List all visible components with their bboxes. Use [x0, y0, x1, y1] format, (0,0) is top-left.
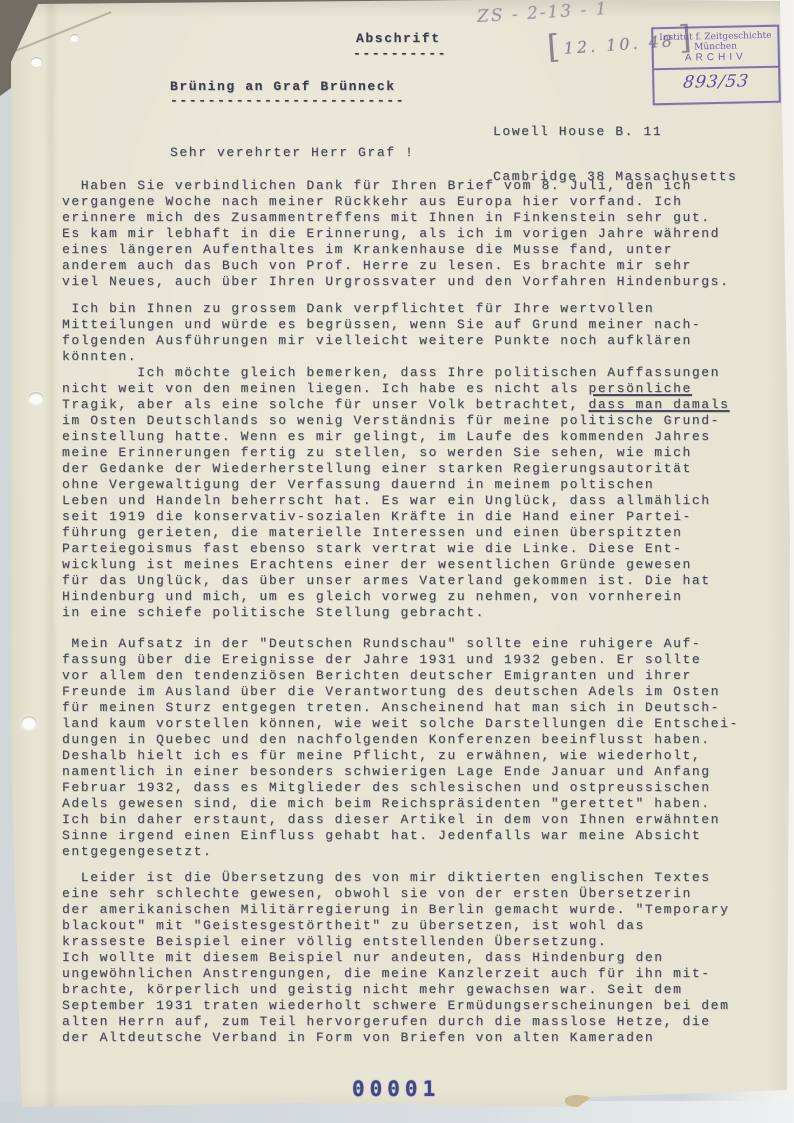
- text-line: Ich bin daher erstaunt, dass dieser Arti…: [62, 812, 772, 828]
- document-title-underline: -------------------------: [170, 93, 405, 108]
- text-line: Mitteilungen und würde es begrüssen, wen…: [62, 317, 772, 333]
- text-line: meine Erinnerungen fertig zu stellen, so…: [62, 445, 772, 461]
- underlined-text: dass man damals: [588, 397, 729, 412]
- text-line: für meinen Sturz entgegen treten. Ansche…: [62, 700, 772, 716]
- text-line: Leben und Handeln beherrscht hat. Es war…: [62, 493, 772, 509]
- text-line: vor allem den tendenziösen Berichten deu…: [62, 668, 772, 684]
- text-line: Adels gewesen sind, die mich beim Reichs…: [62, 796, 772, 812]
- page-number-stamp: 00001: [352, 1077, 440, 1101]
- text-line: ungewöhnlichen Anstrengungen, die meine …: [62, 966, 772, 982]
- text-line: Ich wollte mit diesem Beispiel nur andeu…: [62, 950, 772, 966]
- text-line: Mein Aufsatz in der "Deutschen Rundschau…: [62, 636, 772, 652]
- text-line: eines längeren Aufenthaltes im Krankenha…: [62, 242, 772, 258]
- punch-hole: [28, 392, 44, 405]
- text-line: wicklung ist meines Erachtens einer der …: [62, 557, 772, 573]
- text-line: Parteiegoismus fast ebenso stark vertrat…: [62, 541, 772, 557]
- pencil-archive-signature: ZS - 2-13 - 1: [477, 0, 610, 27]
- text-line: der Gedanke der Wiederherstellung einer …: [62, 461, 772, 477]
- text-line: viel Neues, auch über Ihren Urgrossvater…: [62, 274, 772, 290]
- stamp-reference-number: 893/53: [653, 68, 780, 94]
- text-line: vergangene Woche nach meiner Rückkehr au…: [62, 194, 772, 210]
- paper-damage-speck: [70, 34, 79, 42]
- text-line: könnten.: [62, 349, 772, 365]
- text-line: Ich bin Ihnen zu grossem Dank verpflicht…: [62, 301, 772, 317]
- text-line: eine sehr schlechte gewesen, obwohl sie …: [62, 886, 772, 902]
- paragraph: Haben Sie verbindlichen Dank für Ihren B…: [62, 178, 772, 290]
- text-line: alten Herrn auf, zum Teil hervorgerufen …: [62, 1014, 772, 1030]
- text-line: krasseste Beispiel einer völlig entstell…: [62, 934, 772, 950]
- text-line: erinnere mich des Zusammentreffens mit I…: [62, 210, 772, 226]
- archive-stamp: Institut f. Zeitgeschichte München ARCHI…: [651, 25, 781, 106]
- text-line: brachte, körperlich und geistig nicht me…: [62, 982, 772, 998]
- paragraph: Ich bin Ihnen zu grossem Dank verpflicht…: [62, 301, 772, 621]
- document-label: Abschrift: [356, 31, 441, 46]
- text-line: folgenden Ausführungen mir vielleicht we…: [62, 333, 772, 349]
- text-line: nicht weit von den meinen liegen. Ich ha…: [62, 381, 772, 397]
- salutation: Sehr verehrter Herr Graf !: [170, 145, 414, 160]
- text-line: namentlich in einer besonders schwierige…: [62, 764, 772, 780]
- text-line: entgegengesetzt.: [62, 844, 772, 860]
- document-label-underline: ----------: [353, 46, 447, 61]
- address-line-1: Lowell House B. 11: [493, 124, 737, 139]
- text-line: Freunde im Ausland über die Verantwortun…: [62, 684, 772, 700]
- text-line: in eine schiefe politische Stellung gebr…: [62, 605, 772, 621]
- text-line: Februar 1932, dass es Mitglieder des sch…: [62, 780, 772, 796]
- punch-hole: [21, 716, 37, 730]
- paper-fold-shadow: [44, 0, 58, 1123]
- stamp-institute-name: Institut f. Zeitgeschichte: [653, 27, 777, 44]
- letter-page: Abschrift ---------- Brüning an Graf Brü…: [0, 0, 794, 1123]
- paragraph: Leider ist die Übersetzung des von mir d…: [62, 870, 772, 1046]
- text-line: ohne Vergewaltigung der Verfassung dauer…: [62, 477, 772, 493]
- text-line: land kaum vorstellen können, wie weit so…: [62, 716, 772, 732]
- text-line: im Osten Deutschlands so wenig Verständn…: [62, 413, 772, 429]
- text-line: Hindenburg und mich, um es gleich vorweg…: [62, 589, 772, 605]
- text-line: Ich möchte gleich bemerken, dass Ihre po…: [62, 365, 772, 381]
- text-line: anderem auch das Buch von Prof. Herre zu…: [62, 258, 772, 274]
- text-line: der Altdeutsche Verband in Form von Brie…: [62, 1030, 772, 1046]
- text-line: Tragik, aber als eine solche für unser V…: [62, 397, 772, 413]
- text-line: der amerikanischen Militärregierung in B…: [62, 902, 772, 918]
- body-text: Haben Sie verbindlichen Dank für Ihren B…: [62, 178, 772, 1046]
- underlined-text: persönliche: [588, 381, 691, 396]
- document-title: Brüning an Graf Brünneck: [170, 79, 396, 94]
- text-line: Sinne irgend einen Einfluss gehabt hat. …: [62, 828, 772, 844]
- text-line: blackout" mit "Geistesgestörtheit" zu üb…: [62, 918, 772, 934]
- text-line: fassung über die Ereignisse der Jahre 19…: [62, 652, 772, 668]
- text-line: September 1931 traten wiederholt schwere…: [62, 998, 772, 1014]
- pencil-bracket-open: [: [546, 30, 561, 63]
- text-line: Haben Sie verbindlichen Dank für Ihren B…: [62, 178, 772, 194]
- text-line: Deshalb hielt ich es für meine Pflicht, …: [62, 748, 772, 764]
- paper-damage-speck: [31, 57, 42, 67]
- text-line: Es kam mir lebhaft in die Erinnerung, al…: [62, 226, 772, 242]
- text-line: für das Unglück, das über unser armes Va…: [62, 573, 772, 589]
- text-line: seit 1919 die konservativ-sozialen Kräft…: [62, 509, 772, 525]
- text-line: Leider ist die Übersetzung des von mir d…: [62, 870, 772, 886]
- paragraph: Mein Aufsatz in der "Deutschen Rundschau…: [62, 636, 772, 860]
- text-line: führung gerieten, die materielle Interes…: [62, 525, 772, 541]
- text-line: einstellung hatte. Wenn es mir gelingt, …: [62, 429, 772, 445]
- text-line: dungen in Quebec und den nachfolgenden K…: [62, 732, 772, 748]
